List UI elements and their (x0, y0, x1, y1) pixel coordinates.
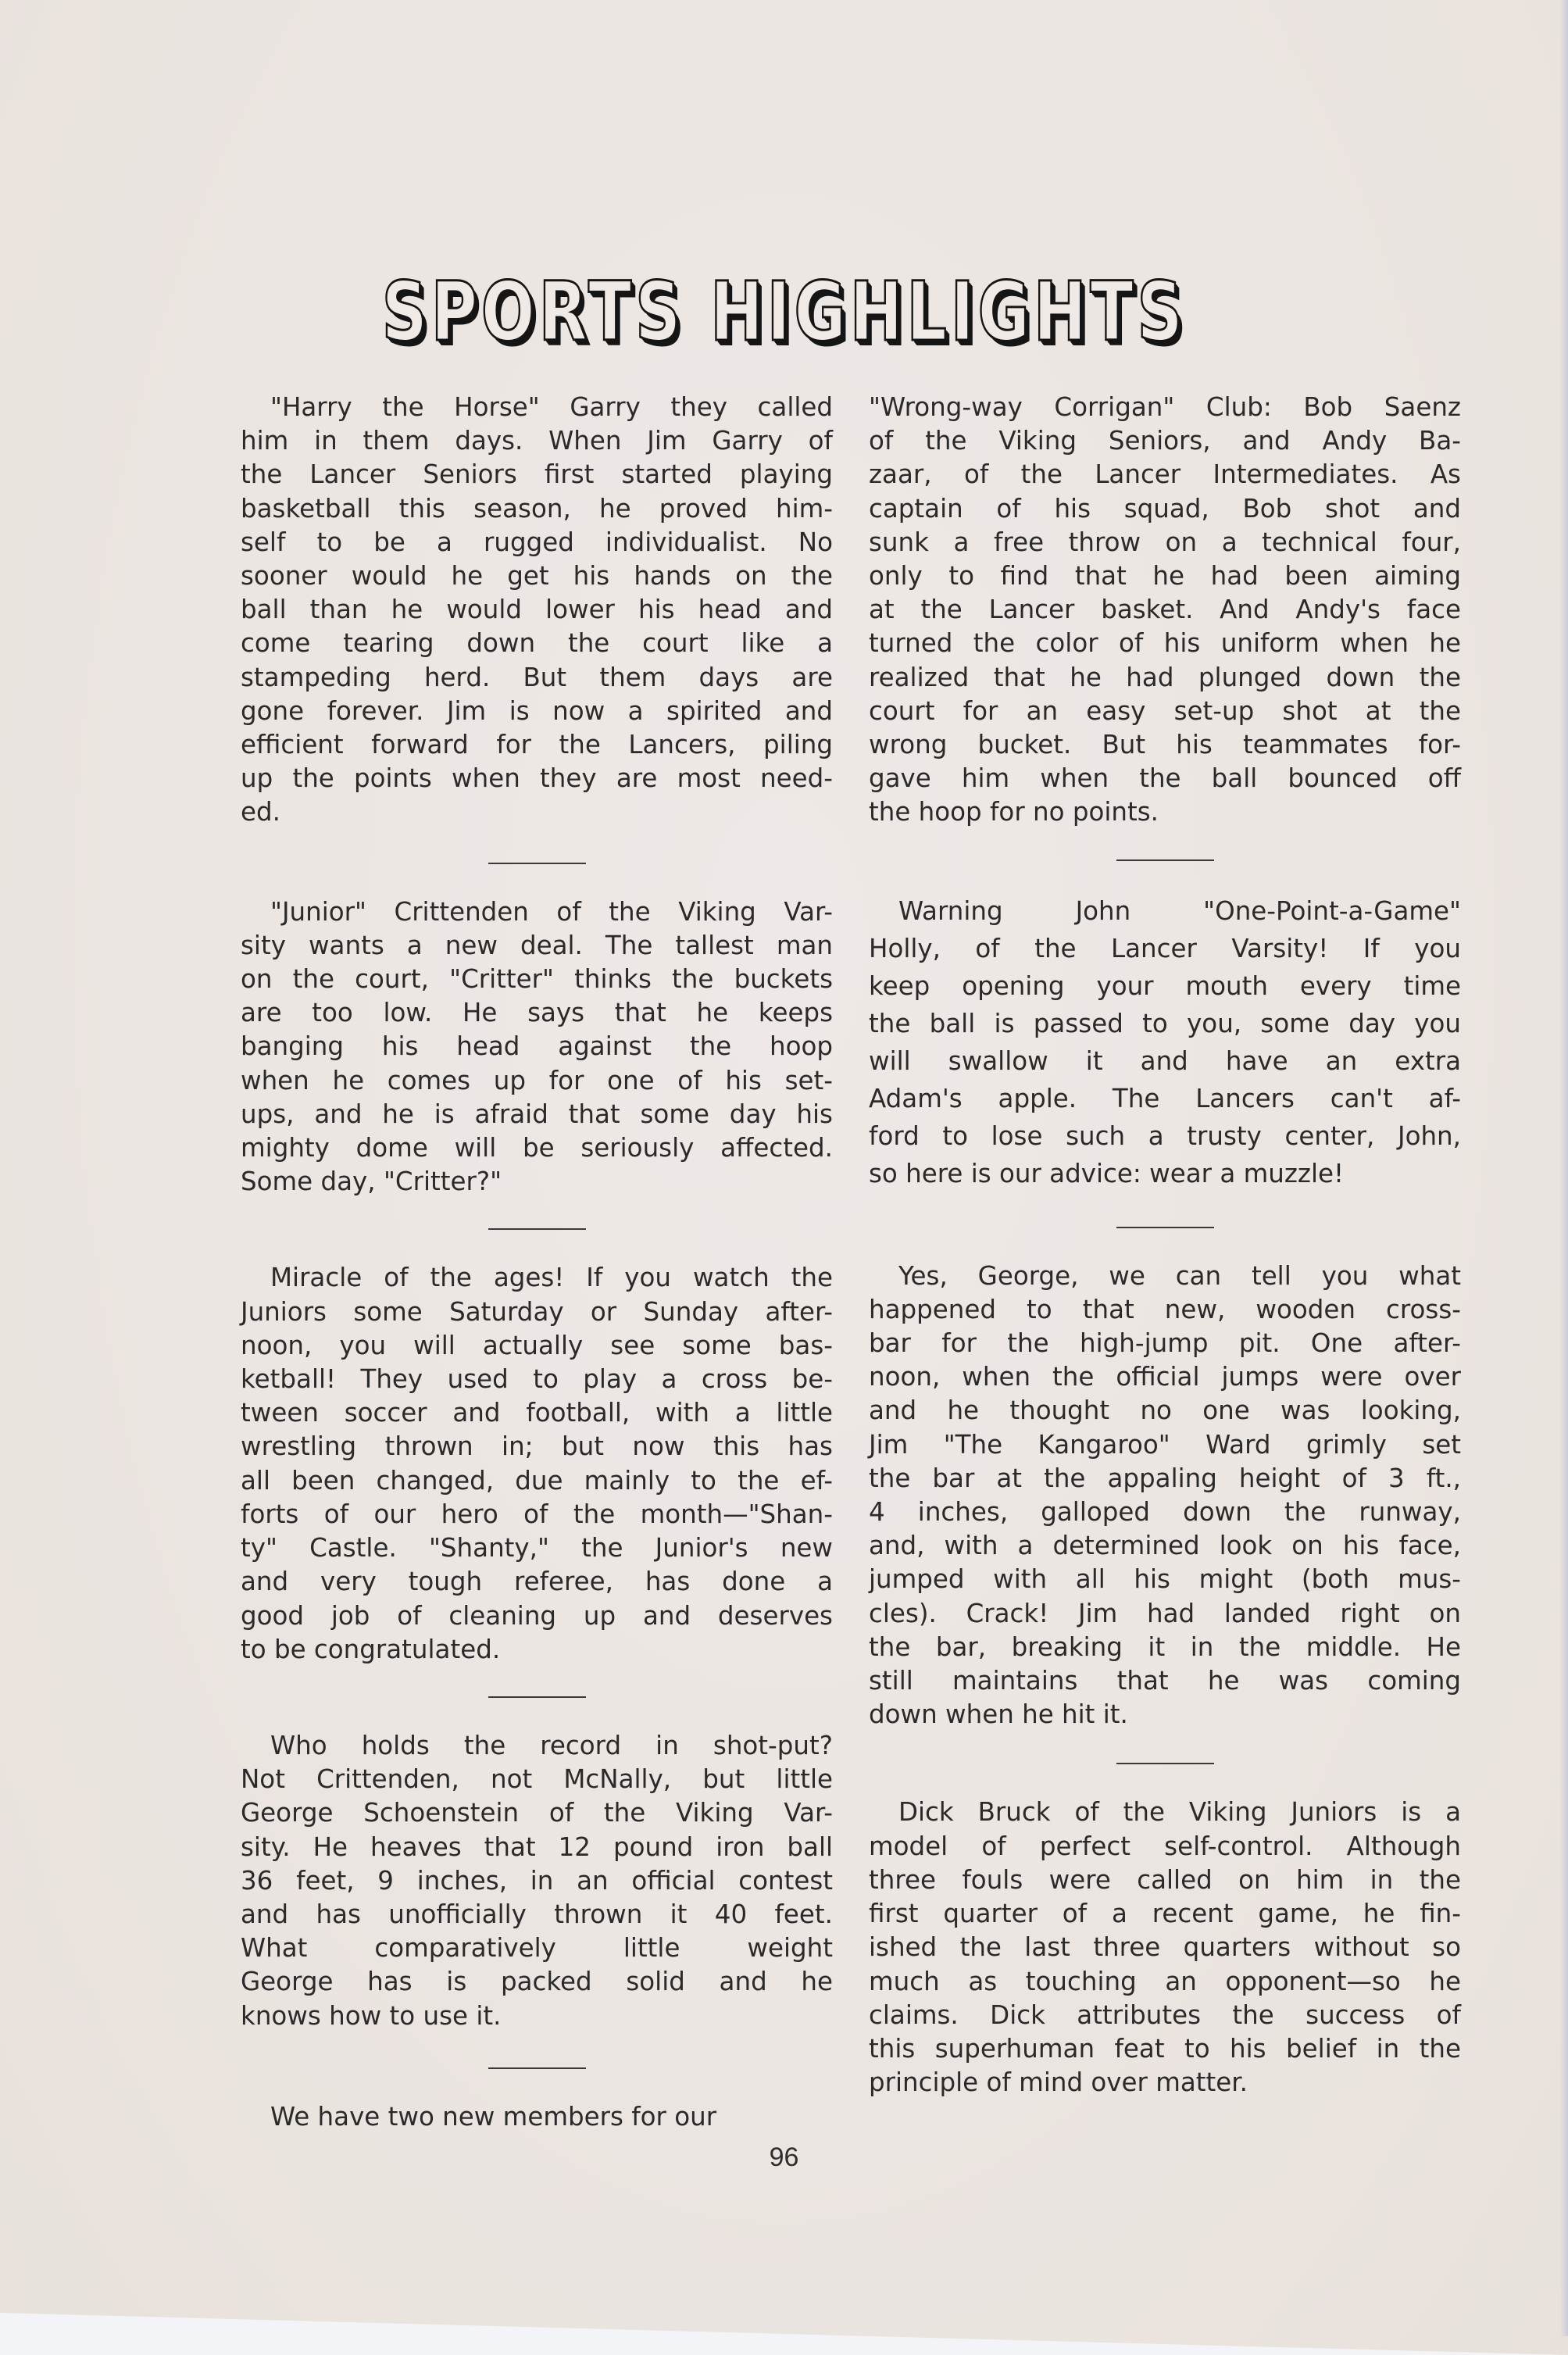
left-column: "Harry the Horse" Garry they calledhim i… (241, 391, 833, 2134)
text-line: are too low. He says that he keeps (241, 996, 833, 1030)
text-line: at the Lancer basket. And Andy's face (869, 593, 1461, 627)
text-line: claims. Dick attributes the success of (869, 1999, 1461, 2032)
text-line: ups, and he is afraid that some day his (241, 1098, 833, 1131)
section-divider (1116, 1227, 1214, 1228)
text-line: sooner would he get his hands on the (241, 559, 833, 593)
text-line: the ball is passed to you, some day you (869, 1005, 1461, 1042)
text-line: Juniors some Saturday or Sunday after- (241, 1295, 833, 1329)
text-line: forts of our hero of the month—"Shan- (241, 1498, 833, 1531)
text-line: Dick Bruck of the Viking Juniors is a (869, 1796, 1461, 1829)
right-column: "Wrong-way Corrigan" Club: Bob Saenzof t… (869, 391, 1461, 2099)
text-line: first quarter of a recent game, he fin- (869, 1897, 1461, 1931)
article-kangaroo-high-jump: Yes, George, we can tell you whathappene… (869, 1260, 1461, 1732)
text-line: Warning John "One-Point-a-Game" (869, 892, 1461, 930)
text-line: on the court, "Critter" thinks the bucke… (241, 963, 833, 996)
text-line: Adam's apple. The Lancers can't af- (869, 1080, 1461, 1117)
page-edge-right (1560, 0, 1568, 2336)
text-line: stampeding herd. But them days are (241, 661, 833, 695)
text-line: gave him when the ball bounced off (869, 762, 1461, 795)
scanned-page: SPORTS HIGHLIGHTS "Harry the Horse" Garr… (0, 0, 1568, 2355)
text-line: banging his head against the hoop (241, 1030, 833, 1063)
text-line: Miracle of the ages! If you watch the (241, 1261, 833, 1295)
text-line: George has is packed solid and he (241, 1965, 833, 1999)
page-edge-bottom (0, 2308, 1568, 2355)
text-line: court for an easy set-up shot at the (869, 695, 1461, 728)
text-line: will swallow it and have an extra (869, 1042, 1461, 1080)
text-line: self to be a rugged individualist. No (241, 526, 833, 559)
section-divider (488, 863, 586, 864)
text-line: jumped with all his might (both mus- (869, 1563, 1461, 1596)
text-line: mighty dome will be seriously affected. (241, 1131, 833, 1165)
text-line: still maintains that he was coming (869, 1664, 1461, 1698)
text-line: so here is our advice: wear a muzzle! (869, 1155, 1461, 1192)
text-line: Who holds the record in shot-put? (241, 1729, 833, 1763)
text-line: What comparatively little weight (241, 1932, 833, 1965)
section-divider (488, 1696, 586, 1698)
text-line: "Harry the Horse" Garry they called (241, 391, 833, 424)
text-line: efficient forward for the Lancers, pilin… (241, 728, 833, 762)
text-line: knows how to use it. (241, 1999, 833, 2033)
article-miracle-of-the-ages: Miracle of the ages! If you watch theJun… (241, 1261, 833, 1666)
text-line: down when he hit it. (869, 1698, 1461, 1731)
text-line: the bar, breaking it in the middle. He (869, 1631, 1461, 1664)
article-shot-put-record: Who holds the record in shot-put?Not Cri… (241, 1729, 833, 2033)
text-line: this superhuman feat to his belief in th… (869, 2032, 1461, 2066)
section-divider (1116, 1763, 1214, 1764)
text-line: the Lancer Seniors first started playing (241, 458, 833, 491)
text-line: the bar at the appaling height of 3 ft., (869, 1462, 1461, 1496)
text-line: Yes, George, we can tell you what (869, 1260, 1461, 1293)
text-line: realized that he had plunged down the (869, 661, 1461, 695)
section-divider (488, 1228, 586, 1230)
text-line: tween soccer and football, with a little (241, 1396, 833, 1430)
article-dick-bruck: Dick Bruck of the Viking Juniors is amod… (869, 1796, 1461, 2099)
text-line: noon, when the official jumps were over (869, 1360, 1461, 1394)
text-line: turned the color of his uniform when he (869, 627, 1461, 660)
text-line: cles). Crack! Jim had landed right on (869, 1597, 1461, 1631)
text-line: "Junior" Crittenden of the Viking Var- (241, 895, 833, 929)
text-line: ed. (241, 795, 833, 829)
text-line: ished the last three quarters without so (869, 1931, 1461, 1964)
article-one-point-a-game: Warning John "One-Point-a-Game"Holly, of… (869, 892, 1461, 1192)
text-line: ty" Castle. "Shanty," the Junior's new (241, 1531, 833, 1565)
text-line: 36 feet, 9 inches, in an official contes… (241, 1864, 833, 1898)
text-line: only to find that he had been aiming (869, 559, 1461, 593)
article-harry-the-horse: "Harry the Horse" Garry they calledhim i… (241, 391, 833, 830)
text-line: the hoop for no points. (869, 795, 1461, 829)
text-line: good job of cleaning up and deserves (241, 1599, 833, 1633)
text-line: ball than he would lower his head and (241, 593, 833, 627)
text-line: captain of his squad, Bob shot and (869, 492, 1461, 526)
text-line: and, with a determined look on his face, (869, 1529, 1461, 1563)
page-number: 96 (0, 2142, 1568, 2173)
text-line: principle of mind over matter. (869, 2066, 1461, 2099)
text-line: keep opening your mouth every time (869, 967, 1461, 1005)
text-line: Jim "The Kangaroo" Ward grimly set (869, 1428, 1461, 1462)
text-line: model of perfect self-control. Although (869, 1830, 1461, 1864)
text-line: "Wrong-way Corrigan" Club: Bob Saenz (869, 391, 1461, 424)
article-junior-crittenden: "Junior" Crittenden of the Viking Var-si… (241, 895, 833, 1199)
text-line: gone forever. Jim is now a spirited and (241, 695, 833, 728)
text-line: ford to lose such a trusty center, John, (869, 1117, 1461, 1155)
text-line: 4 inches, galloped down the runway, (869, 1496, 1461, 1529)
text-line: and he thought no one was looking, (869, 1394, 1461, 1428)
text-line: Some day, "Critter?" (241, 1165, 833, 1199)
text-line: of the Viking Seniors, and Andy Ba- (869, 424, 1461, 458)
section-divider (1116, 859, 1214, 861)
text-line: him in them days. When Jim Garry of (241, 424, 833, 458)
text-line: sity wants a new deal. The tallest man (241, 929, 833, 963)
text-line: and very tough referee, has done a (241, 1565, 833, 1599)
text-line: three fouls were called on him in the (869, 1864, 1461, 1897)
text-line: We have two new members for our (241, 2100, 833, 2134)
text-line: George Schoenstein of the Viking Var- (241, 1796, 833, 1830)
text-line: Holly, of the Lancer Varsity! If you (869, 930, 1461, 967)
section-divider (488, 2067, 586, 2069)
text-line: to be congratulated. (241, 1633, 833, 1667)
text-line: sunk a free throw on a technical four, (869, 526, 1461, 559)
text-line: bar for the high-jump pit. One after- (869, 1327, 1461, 1360)
text-line: wrestling thrown in; but now this has (241, 1430, 833, 1463)
text-line: ketball! They used to play a cross be- (241, 1363, 833, 1396)
text-line: sity. He heaves that 12 pound iron ball (241, 1831, 833, 1864)
article-wrong-way-club-continued: "Wrong-way Corrigan" Club: Bob Saenzof t… (869, 391, 1461, 830)
text-line: much as touching an opponent—so he (869, 1965, 1461, 1999)
text-line: when he comes up for one of his set- (241, 1064, 833, 1098)
text-line: all been changed, due mainly to the ef- (241, 1464, 833, 1498)
text-line: come tearing down the court like a (241, 627, 833, 660)
text-line: happened to that new, wooden cross- (869, 1293, 1461, 1327)
text-line: Not Crittenden, not McNally, but little (241, 1763, 833, 1796)
page-title: SPORTS HIGHLIGHTS (173, 264, 1395, 359)
text-line: up the points when they are most need- (241, 762, 833, 795)
text-line: basketball this season, he proved him- (241, 492, 833, 526)
text-line: wrong bucket. But his teammates for- (869, 728, 1461, 762)
text-line: noon, you will actually see some bas- (241, 1329, 833, 1363)
text-line: zaar, of the Lancer Intermediates. As (869, 458, 1461, 491)
text-line: and has unofficially thrown it 40 feet. (241, 1898, 833, 1932)
article-wrong-way-club-start: We have two new members for our (241, 2100, 833, 2134)
